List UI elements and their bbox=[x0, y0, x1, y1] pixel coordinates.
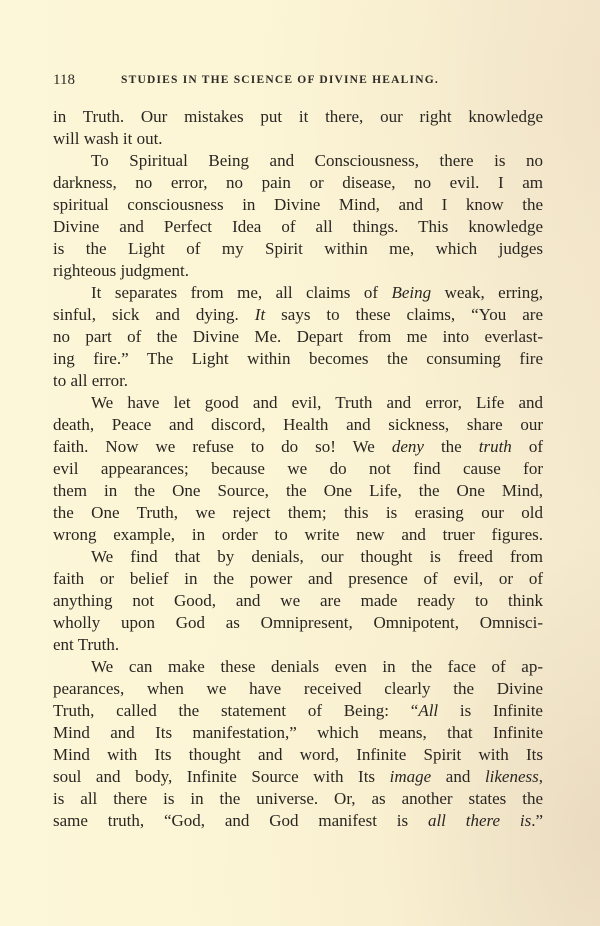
text-line: evil appearances; because we do not find… bbox=[53, 458, 543, 480]
text-line: them in the One Source, the One Life, th… bbox=[53, 480, 543, 502]
text-line: sinful, sick and dying. It says to these… bbox=[53, 304, 543, 326]
book-page: 118 Studies in the Science of Divine Hea… bbox=[0, 0, 600, 926]
text-line: death, Peace and discord, Health and sic… bbox=[53, 414, 543, 436]
italic-text: image bbox=[390, 767, 432, 786]
text-line: Mind and Its manifestation,” which means… bbox=[53, 722, 543, 744]
text-line: Truth, called the statement of Being: “A… bbox=[53, 700, 543, 722]
text-span: same truth, “God, and God manifest is bbox=[53, 811, 428, 830]
italic-text: all there is bbox=[428, 811, 531, 830]
text-span: says to these claims, “You are bbox=[265, 305, 543, 324]
italic-text: deny bbox=[392, 437, 424, 456]
text-span: soul and body, Infinite Source with Its bbox=[53, 767, 390, 786]
text-line: pearances, when we have received clearly… bbox=[53, 678, 543, 700]
text-line: in Truth. Our mistakes put it there, our… bbox=[53, 106, 543, 128]
italic-text: likeness bbox=[485, 767, 539, 786]
text-line: wholly upon God as Omnipresent, Omnipote… bbox=[53, 612, 543, 634]
text-span: of bbox=[512, 437, 543, 456]
text-span: It separates from me, all claims of bbox=[91, 283, 391, 302]
text-line: anything not Good, and we are made ready… bbox=[53, 590, 543, 612]
text-line: Divine and Perfect Idea of all things. T… bbox=[53, 216, 543, 238]
italic-text: All bbox=[418, 701, 438, 720]
text-line: will wash it out. bbox=[53, 128, 543, 150]
text-line: It separates from me, all claims of Bein… bbox=[53, 282, 543, 304]
text-span: , bbox=[539, 767, 543, 786]
italic-text: It bbox=[255, 305, 265, 324]
body-text: in Truth. Our mistakes put it there, our… bbox=[53, 106, 543, 832]
italic-text: Being bbox=[391, 283, 431, 302]
text-line: To Spiritual Being and Consciousness, th… bbox=[53, 150, 543, 172]
text-span: and bbox=[431, 767, 485, 786]
text-line: ent Truth. bbox=[53, 634, 543, 656]
text-line: is the Light of my Spirit within me, whi… bbox=[53, 238, 543, 260]
running-head: 118 Studies in the Science of Divine Hea… bbox=[53, 72, 545, 92]
text-line: same truth, “God, and God manifest is al… bbox=[53, 810, 543, 832]
italic-text: truth bbox=[479, 437, 512, 456]
text-span: weak, erring, bbox=[431, 283, 543, 302]
text-line: ing fire.” The Light within becomes the … bbox=[53, 348, 543, 370]
text-span: sinful, sick and dying. bbox=[53, 305, 255, 324]
text-line: wrong example, in order to write new and… bbox=[53, 524, 543, 546]
text-line: Mind with Its thought and word, Infinite… bbox=[53, 744, 543, 766]
text-span: the bbox=[424, 437, 479, 456]
text-line: darkness, no error, no pain or disease, … bbox=[53, 172, 543, 194]
page-number: 118 bbox=[53, 72, 75, 89]
text-span: .” bbox=[531, 811, 543, 830]
text-line: is all there is in the universe. Or, as … bbox=[53, 788, 543, 810]
text-line: soul and body, Infinite Source with Its … bbox=[53, 766, 543, 788]
text-line: faith. Now we refuse to do so! We deny t… bbox=[53, 436, 543, 458]
text-line: spiritual consciousness in Divine Mind, … bbox=[53, 194, 543, 216]
running-title: Studies in the Science of Divine Healing… bbox=[121, 74, 439, 86]
text-span: faith. Now we refuse to do so! We bbox=[53, 437, 392, 456]
text-span: Truth, called the statement of Being: “ bbox=[53, 701, 418, 720]
text-line: We find that by denials, our thought is … bbox=[53, 546, 543, 568]
text-span: is Infinite bbox=[438, 701, 543, 720]
text-line: faith or belief in the power and presenc… bbox=[53, 568, 543, 590]
text-line: We can make these denials even in the fa… bbox=[53, 656, 543, 678]
text-line: righteous judgment. bbox=[53, 260, 543, 282]
text-line: no part of the Divine Me. Depart from me… bbox=[53, 326, 543, 348]
text-line: to all error. bbox=[53, 370, 543, 392]
text-line: the One Truth, we reject them; this is e… bbox=[53, 502, 543, 524]
text-line: We have let good and evil, Truth and err… bbox=[53, 392, 543, 414]
